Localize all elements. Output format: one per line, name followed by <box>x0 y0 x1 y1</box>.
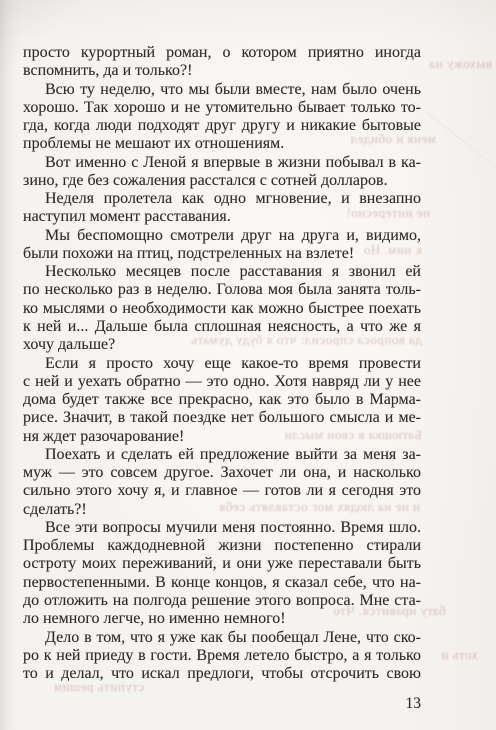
text-line: Неделя пролетела как одно мгновение, и в… <box>23 190 421 208</box>
text-line: хочу дальше? <box>23 336 421 354</box>
text-line: проблемы не мешают их отношениям. <box>23 135 421 153</box>
text-line: ня ждет разочарование! <box>23 428 421 446</box>
text-line: Вот именно с Леной я впервые в жизни поб… <box>23 154 421 172</box>
text-line: наступил момент расставания. <box>23 208 421 226</box>
text-line: муж — это совсем другое. Захочет ли она,… <box>23 464 421 482</box>
text-line: Все эти вопросы мучили меня постоянно. В… <box>23 519 421 537</box>
text-line: Поехать и сделать ей предложение выйти з… <box>23 446 421 464</box>
text-line: рисе. Значит, в такой поездке нет большо… <box>23 409 421 427</box>
text-line: ло немного легче, но именно немного! <box>23 610 421 628</box>
book-page-photo: { "document": { "page_number": "13", "in… <box>0 0 496 730</box>
text-line: сильно этого хочу я, и главное — готов л… <box>23 482 421 500</box>
text-line: дома будет также все прекрасно, как это … <box>23 391 421 409</box>
text-line: остроту моих переживаний, и они уже пере… <box>23 555 421 573</box>
text-line: Если я просто хочу еще какое-то время пр… <box>23 355 421 373</box>
text-line: просто курортный роман, о котором приятн… <box>23 44 421 62</box>
text-line: ро к ней приеду в гости. Время летело бы… <box>23 647 421 665</box>
text-line: к ней и... Дальше была сплошная неясност… <box>23 318 421 336</box>
page-number: 13 <box>23 695 421 713</box>
text-line: по несколько раз в неделю. Голова моя бы… <box>23 281 421 299</box>
bleed-through-text: хоть и <box>420 648 478 661</box>
text-line: Дело в том, что я уже как бы пообещал Ле… <box>23 629 421 647</box>
text-line: зино, где без сожаления расстался с сотн… <box>23 172 421 190</box>
text-line: вспомнить, да и только?! <box>23 62 421 80</box>
text-block: просто курортный роман, о котором приятн… <box>23 44 421 683</box>
text-line: с ней и уехать обратно — это одно. Хотя … <box>23 373 421 391</box>
text-line: хорошо. Так хорошо и не утомительно быва… <box>23 99 421 117</box>
text-line: Всю ту неделю, что мы были вместе, нам б… <box>23 81 421 99</box>
text-line: Проблемы каждодневной жизни постепенно с… <box>23 537 421 555</box>
text-line: Несколько месяцев после расставания я зв… <box>23 263 421 281</box>
text-line: были похожи на птиц, подстреленных на вз… <box>23 245 421 263</box>
text-line: первостепенными. В конце концов, я сказа… <box>23 574 421 592</box>
bleed-through-text: выхожу на благо <box>430 57 492 70</box>
text-line: ко мыслями о необходимости как можно быс… <box>23 300 421 318</box>
text-line: то и делал, что искал предлоги, чтобы от… <box>23 665 421 683</box>
text-line: Мы беспомощно смотрели друг на друга и, … <box>23 227 421 245</box>
text-line: сделать?! <box>23 501 421 519</box>
text-line: гда, когда люди подходят друг другу и ни… <box>23 117 421 135</box>
text-line: до отложить на полгода решение этого воп… <box>23 592 421 610</box>
